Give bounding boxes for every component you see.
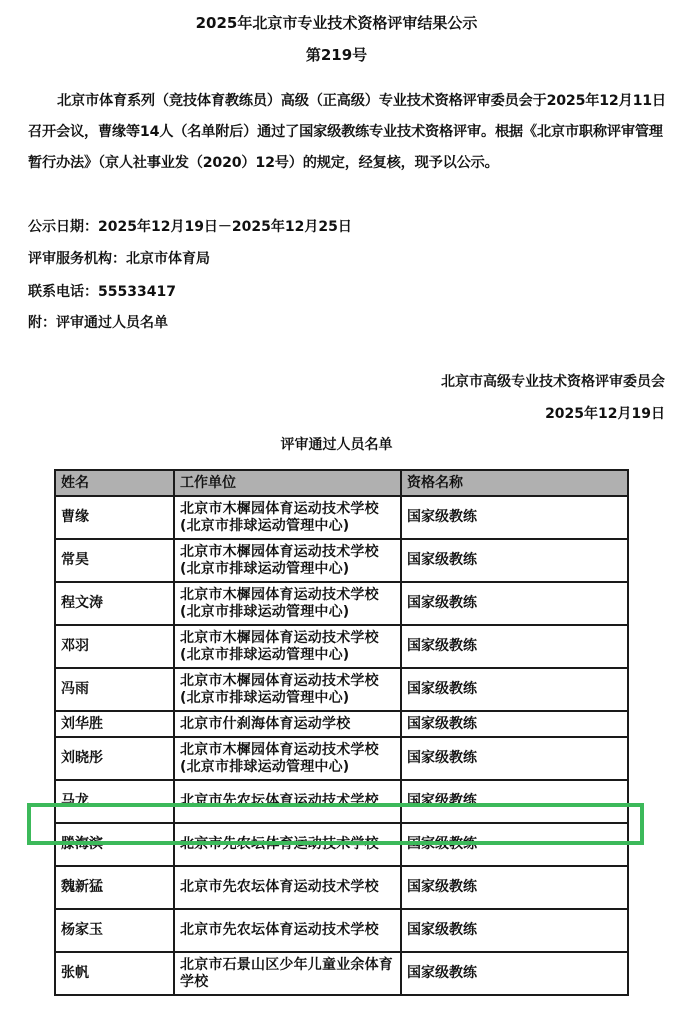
cell-qualification: 国家级教练 xyxy=(401,866,628,909)
cell-unit: 北京市木樨园体育运动技术学校(北京市排球运动管理中心) xyxy=(174,496,401,539)
cell-qualification: 国家级教练 xyxy=(401,582,628,625)
column-header-qualification: 资格名称 xyxy=(401,470,628,496)
service-agency: 评审服务机构：北京市体育局 xyxy=(28,248,210,270)
cell-qualification: 国家级教练 xyxy=(401,780,628,823)
cell-qualification: 国家级教练 xyxy=(401,909,628,952)
cell-name: 刘晓彤 xyxy=(55,737,174,780)
cell-qualification: 国家级教练 xyxy=(401,952,628,995)
cell-name: 杨家玉 xyxy=(55,909,174,952)
committee-signature: 北京市高级专业技术资格评审委员会 xyxy=(441,371,665,393)
table-row: 杨家玉 北京市先农坛体育运动技术学校 国家级教练 xyxy=(55,909,628,952)
cell-unit: 北京市木樨园体育运动技术学校(北京市排球运动管理中心) xyxy=(174,582,401,625)
cell-name: 马龙 xyxy=(55,780,174,823)
cell-unit: 北京市木樨园体育运动技术学校(北京市排球运动管理中心) xyxy=(174,737,401,780)
table-row: 刘晓彤 北京市木樨园体育运动技术学校(北京市排球运动管理中心) 国家级教练 xyxy=(55,737,628,780)
cell-qualification: 国家级教练 xyxy=(401,711,628,737)
cell-name: 魏新猛 xyxy=(55,866,174,909)
table-row: 刘华胜 北京市什刹海体育运动学校 国家级教练 xyxy=(55,711,628,737)
cell-name: 曹缘 xyxy=(55,496,174,539)
cell-unit: 北京市木樨园体育运动技术学校(北京市排球运动管理中心) xyxy=(174,625,401,668)
signature-date: 2025年12月19日 xyxy=(545,403,665,425)
cell-qualification: 国家级教练 xyxy=(401,737,628,780)
column-header-name: 姓名 xyxy=(55,470,174,496)
document-number: 第219号 xyxy=(0,44,673,66)
cell-unit: 北京市木樨园体育运动技术学校(北京市排球运动管理中心) xyxy=(174,668,401,711)
cell-name: 邓羽 xyxy=(55,625,174,668)
cell-unit: 北京市先农坛体育运动技术学校 xyxy=(174,823,401,866)
table-row: 冯雨 北京市木樨园体育运动技术学校(北京市排球运动管理中心) 国家级教练 xyxy=(55,668,628,711)
table-header-row: 姓名 工作单位 资格名称 xyxy=(55,470,628,496)
cell-unit: 北京市先农坛体育运动技术学校 xyxy=(174,909,401,952)
cell-unit: 北京市先农坛体育运动技术学校 xyxy=(174,780,401,823)
table-row: 魏新猛 北京市先农坛体育运动技术学校 国家级教练 xyxy=(55,866,628,909)
roster-table: 姓名 工作单位 资格名称 曹缘 北京市木樨园体育运动技术学校(北京市排球运动管理… xyxy=(54,469,629,996)
cell-qualification: 国家级教练 xyxy=(401,668,628,711)
cell-unit: 北京市石景山区少年儿童业余体育学校 xyxy=(174,952,401,995)
table-row: 程文涛 北京市木樨园体育运动技术学校(北京市排球运动管理中心) 国家级教练 xyxy=(55,582,628,625)
cell-unit: 北京市先农坛体育运动技术学校 xyxy=(174,866,401,909)
contact-phone: 联系电话：55533417 xyxy=(28,281,176,303)
roster-title: 评审通过人员名单 xyxy=(0,434,673,456)
attachment-note: 附：评审通过人员名单 xyxy=(28,312,168,334)
cell-name: 刘华胜 xyxy=(55,711,174,737)
cell-name: 程文涛 xyxy=(55,582,174,625)
column-header-unit: 工作单位 xyxy=(174,470,401,496)
cell-unit: 北京市什刹海体育运动学校 xyxy=(174,711,401,737)
table-row: 张帆 北京市石景山区少年儿童业余体育学校 国家级教练 xyxy=(55,952,628,995)
cell-name: 滕海滨 xyxy=(55,823,174,866)
cell-qualification: 国家级教练 xyxy=(401,823,628,866)
cell-qualification: 国家级教练 xyxy=(401,496,628,539)
table-row: 常昊 北京市木樨园体育运动技术学校(北京市排球运动管理中心) 国家级教练 xyxy=(55,539,628,582)
cell-qualification: 国家级教练 xyxy=(401,539,628,582)
cell-name: 张帆 xyxy=(55,952,174,995)
table-row: 曹缘 北京市木樨园体育运动技术学校(北京市排球运动管理中心) 国家级教练 xyxy=(55,496,628,539)
table-row: 滕海滨 北京市先农坛体育运动技术学校 国家级教练 xyxy=(55,823,628,866)
table-row-highlighted: 马龙 北京市先农坛体育运动技术学校 国家级教练 xyxy=(55,780,628,823)
table-row: 邓羽 北京市木樨园体育运动技术学校(北京市排球运动管理中心) 国家级教练 xyxy=(55,625,628,668)
announcement-paragraph: 北京市体育系列（竞技体育教练员）高级（正高级）专业技术资格评审委员会于2025年… xyxy=(28,86,668,179)
document-title: 2025年北京市专业技术资格评审结果公示 xyxy=(0,12,673,34)
publicity-period: 公示日期：2025年12月19日－2025年12月25日 xyxy=(28,216,352,238)
cell-unit: 北京市木樨园体育运动技术学校(北京市排球运动管理中心) xyxy=(174,539,401,582)
cell-qualification: 国家级教练 xyxy=(401,625,628,668)
cell-name: 冯雨 xyxy=(55,668,174,711)
cell-name: 常昊 xyxy=(55,539,174,582)
